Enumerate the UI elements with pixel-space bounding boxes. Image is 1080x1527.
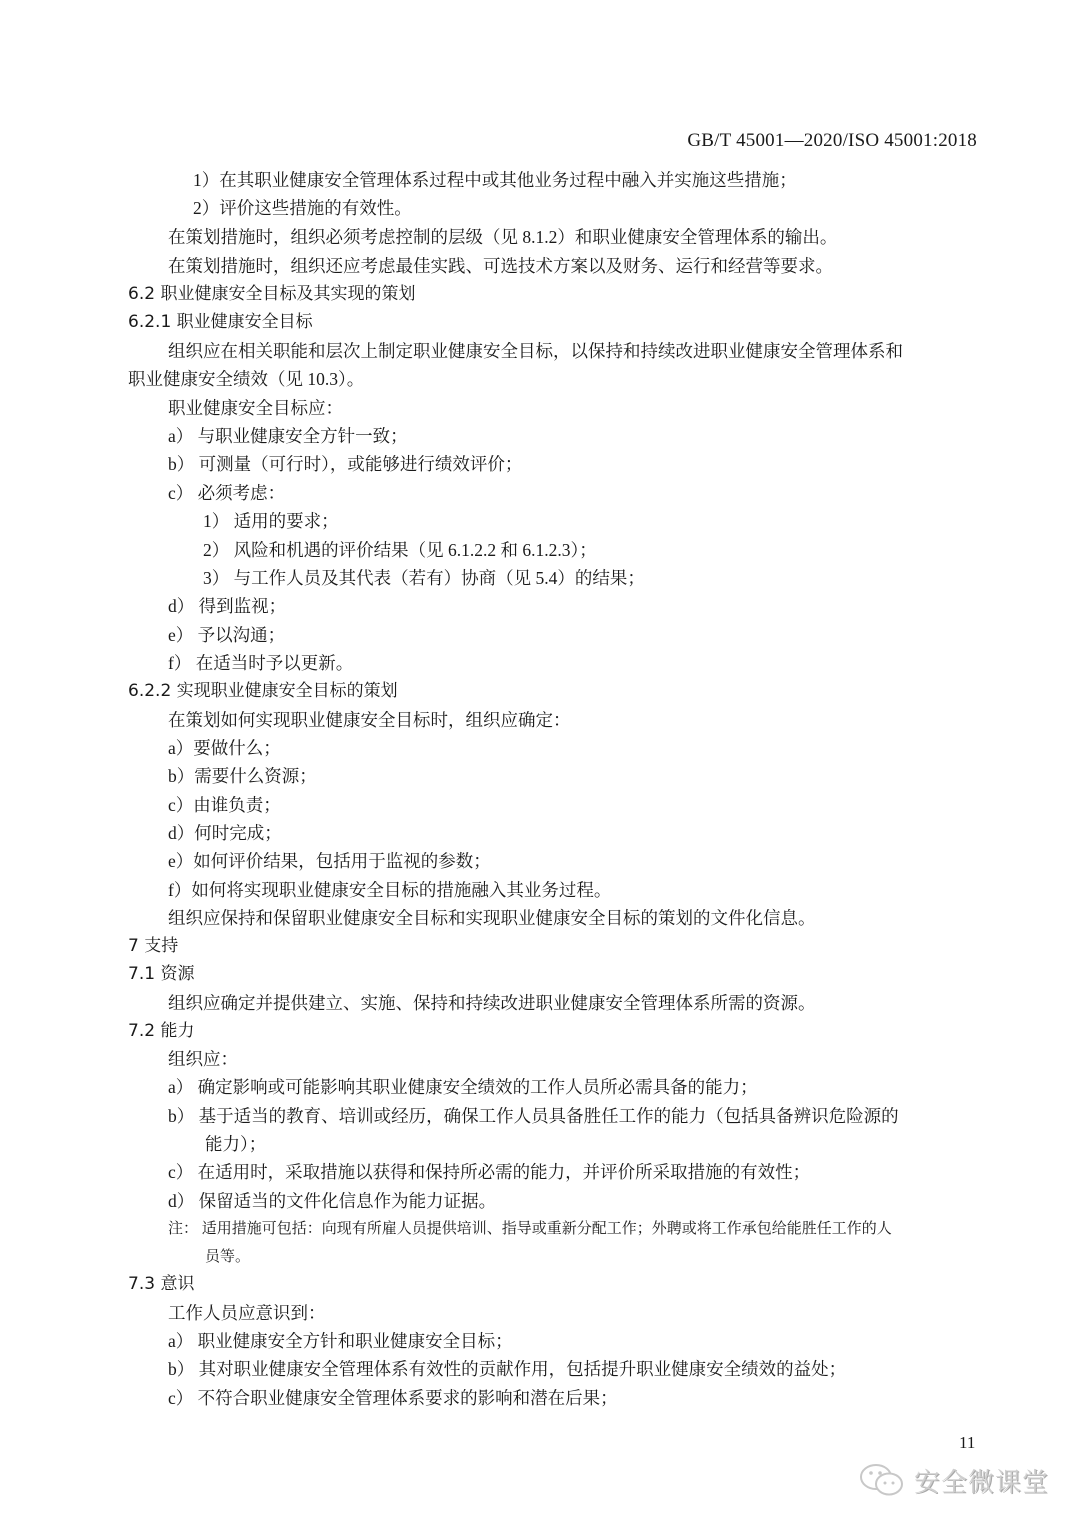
paragraph-line: 组织应： <box>168 1048 238 1070</box>
paragraph-line: b） 基于适当的教育、培训或经历，确保工作人员具备胜任工作的能力（包括具备辨识危… <box>168 1105 899 1127</box>
note-text: 员等。 <box>205 1246 250 1268</box>
section-heading: 7.1 资源 <box>128 963 194 985</box>
paragraph-line: 2）评价这些措施的有效性。 <box>193 197 412 219</box>
section-heading: 7 支持 <box>128 935 178 957</box>
paragraph-line: 3） 与工作人员及其代表（若有）协商（见 5.4）的结果； <box>203 567 645 589</box>
paragraph-line: 职业健康安全目标应： <box>168 397 343 419</box>
paragraph-line: c） 在适用时，采取措施以获得和保持所必需的能力，并评价所采取措施的有效性； <box>168 1161 810 1183</box>
paragraph-line: 组织应确定并提供建立、实施、保持和持续改进职业健康安全管理体系所需的资源。 <box>168 992 816 1014</box>
paragraph-line: e） 予以沟通； <box>168 624 285 646</box>
paragraph-line: b） 其对职业健康安全管理体系有效性的贡献作用，包括提升职业健康安全绩效的益处； <box>168 1358 846 1380</box>
paragraph-line: 1）在其职业健康安全管理体系过程中或其他业务过程中融入并实施这些措施； <box>193 169 797 191</box>
paragraph-line: 职业健康安全绩效（见 10.3）。 <box>128 368 364 390</box>
standard-code-header: GB/T 45001—2020/ISO 45001:2018 <box>687 130 977 152</box>
paragraph-line: d） 得到监视； <box>168 595 286 617</box>
paragraph-line: a） 确定影响或可能影响其职业健康安全绩效的工作人员所必需具备的能力； <box>168 1076 758 1098</box>
paragraph-line: f） 在适当时予以更新。 <box>168 652 353 674</box>
paragraph-line: 组织应保持和保留职业健康安全目标和实现职业健康安全目标的策划的文件化信息。 <box>168 907 816 929</box>
paragraph-line: a） 职业健康安全方针和职业健康安全目标； <box>168 1330 513 1352</box>
section-heading: 7.3 意识 <box>128 1273 194 1295</box>
paragraph-line: a） 与职业健康安全方针一致； <box>168 425 408 447</box>
section-heading: 7.2 能力 <box>128 1020 194 1042</box>
paragraph-line: f）如何将实现职业健康安全目标的措施融入其业务过程。 <box>168 879 611 901</box>
paragraph-line: c） 必须考虑： <box>168 482 285 504</box>
paragraph-line: b） 可测量（可行时），或能够进行绩效评价； <box>168 453 522 475</box>
paragraph-line: 在策划措施时，组织必须考虑控制的层级（见 8.1.2）和职业健康安全管理体系的输… <box>168 226 837 248</box>
section-heading: 6.2.2 实现职业健康安全目标的策划 <box>128 680 398 702</box>
paragraph-line: a）要做什么； <box>168 737 281 759</box>
page-number: 11 <box>959 1433 975 1453</box>
paragraph-line: 组织应在相关职能和层次上制定职业健康安全目标，以保持和持续改进职业健康安全管理体… <box>168 340 903 362</box>
section-heading: 6.2 职业健康安全目标及其实现的策划 <box>128 283 415 305</box>
paragraph-line: b）需要什么资源； <box>168 765 317 787</box>
paragraph-line: 在策划如何实现职业健康安全目标时，组织应确定： <box>168 709 571 731</box>
note-text: 注： 适用措施可包括：向现有所雇人员提供培训、指导或重新分配工作；外聘或将工作承… <box>168 1218 892 1240</box>
wechat-icon <box>858 1463 908 1499</box>
paragraph-line: 1） 适用的要求； <box>203 510 339 532</box>
section-heading: 6.2.1 职业健康安全目标 <box>128 311 313 333</box>
paragraph-line: d）何时完成； <box>168 822 282 844</box>
paragraph-line: c） 不符合职业健康安全管理体系要求的影响和潜在后果； <box>168 1387 618 1409</box>
paragraph-line: d） 保留适当的文件化信息作为能力证据。 <box>168 1190 496 1212</box>
watermark-text: 安全微课堂 <box>914 1462 1049 1499</box>
paragraph-line: c）由谁负责； <box>168 794 281 816</box>
paragraph-line: 2） 风险和机遇的评价结果（见 6.1.2.2 和 6.1.2.3）； <box>203 539 597 561</box>
paragraph-line: 能力）； <box>205 1133 266 1155</box>
watermark: 安全微课堂 <box>858 1462 1049 1499</box>
paragraph-line: e）如何评价结果，包括用于监视的参数； <box>168 850 491 872</box>
paragraph-line: 工作人员应意识到： <box>168 1302 326 1324</box>
paragraph-line: 在策划措施时，组织还应考虑最佳实践、可选技术方案以及财务、运行和经营等要求。 <box>168 255 833 277</box>
